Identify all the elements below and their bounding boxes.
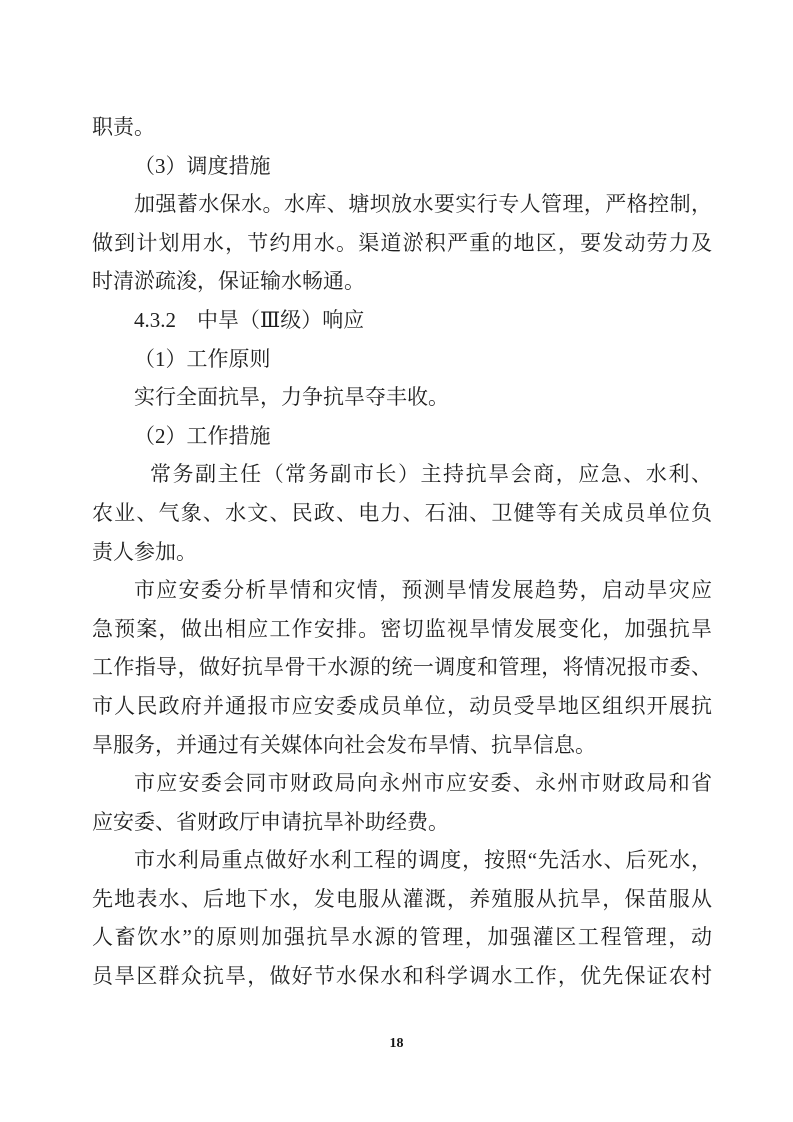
text-line: 急预案，做出相应工作安排。密切监视旱情发展变化，加强抗旱 (92, 610, 712, 649)
text-line: 实行全面抗旱，力争抗旱夺丰收。 (92, 378, 712, 417)
text-line: 常务副主任（常务副市长）主持抗旱会商，应急、水利、 (92, 455, 712, 494)
page-number: 18 (0, 1036, 793, 1052)
text-line: 旱服务，并通过有关媒体向社会发布旱情、抗旱信息。 (92, 726, 712, 765)
text-line: （1）工作原则 (92, 340, 712, 379)
text-line: 职责。 (92, 108, 712, 147)
text-line: （2）工作措施 (92, 417, 712, 456)
text-line: （3）调度措施 (92, 147, 712, 186)
text-line: 农业、气象、水文、民政、电力、石油、卫健等有关成员单位负 (92, 494, 712, 533)
text-line: 先地表水、后地下水，发电服从灌溉，养殖服从抗旱，保苗服从 (92, 880, 712, 919)
text-line: 市水利局重点做好水利工程的调度，按照“先活水、后死水， (92, 841, 712, 880)
text-line: 加强蓄水保水。水库、塘坝放水要实行专人管理，严格控制， (92, 185, 712, 224)
section-heading: 4.3.2 中旱（Ⅲ级）响应 (92, 301, 712, 340)
text-line: 市应安委分析旱情和灾情，预测旱情发展趋势，启动旱灾应 (92, 571, 712, 610)
document-body: 职责。 （3）调度措施 加强蓄水保水。水库、塘坝放水要实行专人管理，严格控制， … (92, 108, 712, 996)
text-line: 员旱区群众抗旱，做好节水保水和科学调水工作，优先保证农村 (92, 957, 712, 996)
text-line: 市人民政府并通报市应安委成员单位，动员受旱地区组织开展抗 (92, 687, 712, 726)
text-line: 人畜饮水”的原则加强抗旱水源的管理，加强灌区工程管理，动 (92, 918, 712, 957)
text-line: 责人参加。 (92, 533, 712, 572)
text-line: 工作指导，做好抗旱骨干水源的统一调度和管理，将情况报市委、 (92, 648, 712, 687)
text-line: 应安委、省财政厅申请抗旱补助经费。 (92, 803, 712, 842)
document-page: 职责。 （3）调度措施 加强蓄水保水。水库、塘坝放水要实行专人管理，严格控制， … (0, 0, 793, 1122)
text-line: 做到计划用水，节约用水。渠道淤积严重的地区，要发动劳力及 (92, 224, 712, 263)
text-line: 市应安委会同市财政局向永州市应安委、永州市财政局和省 (92, 764, 712, 803)
text-line: 时清淤疏浚，保证输水畅通。 (92, 262, 712, 301)
